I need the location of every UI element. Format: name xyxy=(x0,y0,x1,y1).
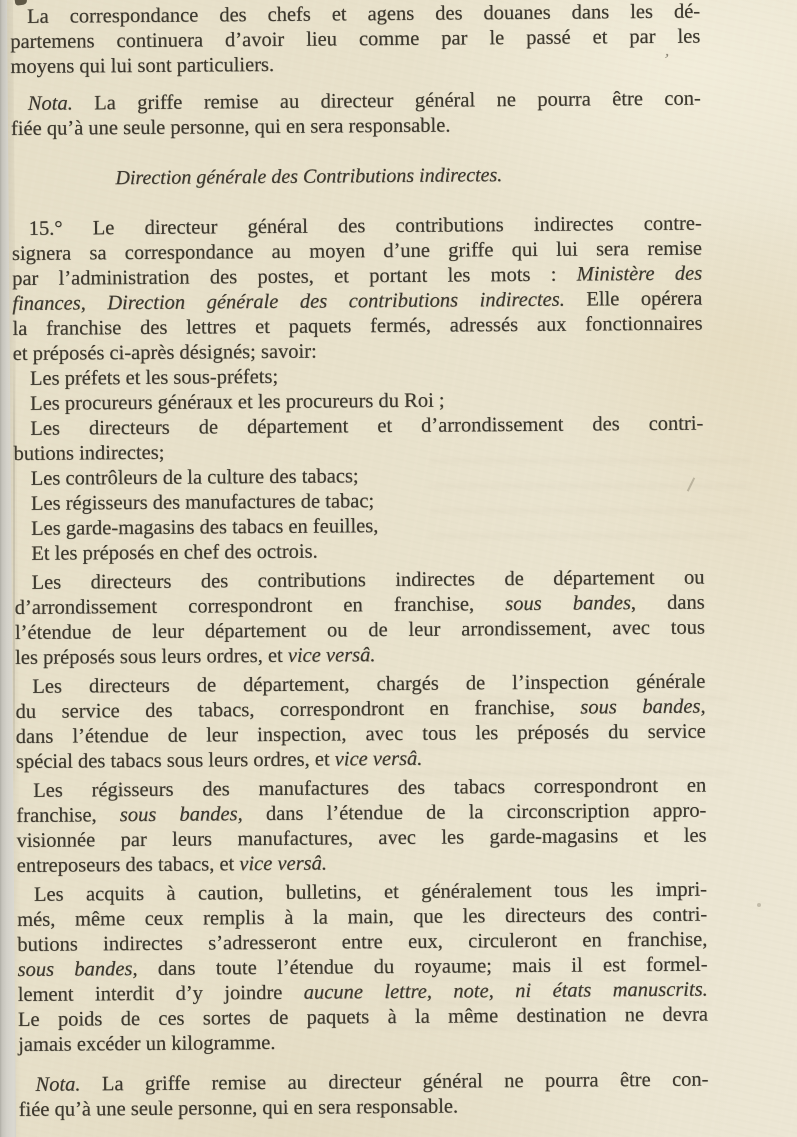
italic-text-segment: Ministère des xyxy=(577,263,703,286)
text-segment: franchise, xyxy=(16,804,120,827)
text-segment: La correspondance des chefs et agens des… xyxy=(27,1,700,28)
text-segment: Les régisseurs des manufactures de tabac… xyxy=(31,490,374,515)
text-segment: l’étendue de leur département ou de leur… xyxy=(15,617,705,644)
italic-text-segment: vice versâ. xyxy=(239,853,327,876)
nota-griffe-1: Nota. La griffe remise au directeur géné… xyxy=(11,87,701,142)
text-segment: signera sa correspondance au moyen d’une… xyxy=(12,238,702,265)
ink-speck xyxy=(757,903,761,907)
italic-text-segment: Direction générale des Contributions ind… xyxy=(115,164,502,189)
text-segment: moyens qui lui sont particuliers. xyxy=(10,54,274,78)
text-segment: dans toute l’étendue du royaume; mais il… xyxy=(137,954,707,980)
paragraph-article-15: 15.° Le directeur général des contributi… xyxy=(12,212,703,367)
text-segment: par l’administration des postes, et port… xyxy=(12,264,577,290)
italic-text-segment: finances, Direction générale des contrib… xyxy=(12,289,565,315)
section-heading: Direction générale des Contributions ind… xyxy=(11,162,701,192)
text-segment: La griffe remise au directeur général ne… xyxy=(73,88,701,115)
text-segment: partemens continuera d’avoir lieu comme … xyxy=(10,26,700,53)
list-fonctionnaires: Les préfets et les sous-préfets;Les proc… xyxy=(13,362,705,567)
italic-text-segment: sous bandes xyxy=(505,592,631,615)
text-segment: lement interdit d’y joindre xyxy=(18,982,304,1006)
text-line: moyens qui lui sont particuliers. xyxy=(10,50,700,80)
text-segment: entreposeurs des tabacs, et xyxy=(17,853,240,877)
paragraph-inspection-tabacs: Les directeurs de département, chargés d… xyxy=(15,670,706,775)
text-segment: butions indirectes s’adresseront entre e… xyxy=(17,929,707,956)
text-segment: Les régisseurs des manufactures des taba… xyxy=(33,775,706,802)
text-segment: du service des tabacs, correspondront en… xyxy=(15,697,580,723)
italic-text-segment: Nota. xyxy=(28,93,73,115)
italic-text-segment: vice versâ. xyxy=(288,644,376,667)
text-segment: Les contrôleurs de la culture des tabacs… xyxy=(31,465,359,490)
text-line: les préposés sous leurs ordres, et vice … xyxy=(15,641,705,671)
text-line: fiée qu’à une seule personne, qui en ser… xyxy=(19,1093,709,1123)
text-segment: Les directeurs des contributions indirec… xyxy=(31,567,704,594)
text-segment: 15.° Le directeur général des contributi… xyxy=(29,213,702,240)
text-line: Direction générale des Contributions ind… xyxy=(11,162,701,192)
text-segment: Les garde-magasins des tabacs en feuille… xyxy=(31,515,378,540)
text-segment: fiée qu’à une seule personne, qui en ser… xyxy=(11,115,451,140)
text-segment: Les directeurs de département, chargés d… xyxy=(32,671,705,698)
paragraph-correspondance-douanes: La correspondance des chefs et agens des… xyxy=(10,0,701,80)
italic-text-segment: sous bandes, xyxy=(580,696,705,719)
text-segment: dans l’étendue de leur inspection, avec … xyxy=(16,721,706,748)
text-segment: butions indirectes; xyxy=(13,442,164,465)
italic-text-segment: Nota. xyxy=(35,1073,80,1095)
text-line: jamais excéder un kilogramme. xyxy=(18,1028,708,1058)
italic-text-segment: sous bandes, xyxy=(120,803,243,826)
text-segment: dans l’étendue de la circonscription app… xyxy=(243,800,707,826)
page-text: La correspondance des chefs et agens des… xyxy=(10,0,709,1123)
text-segment: Les directeurs de département et d’arron… xyxy=(30,413,703,440)
text-segment: Et les préposés en chef des octrois. xyxy=(31,541,318,565)
text-segment: visionnée par leurs manufactures, avec l… xyxy=(16,825,706,852)
text-segment: les préposés sous leurs ordres, et xyxy=(15,645,288,669)
text-segment: més, même ceux remplis à la main, que le… xyxy=(17,904,707,931)
italic-text-segment: sous bandes, xyxy=(17,958,137,981)
paragraph-regisseurs-manufactures: Les régisseurs des manufactures des taba… xyxy=(16,774,707,879)
text-segment: jamais excéder un kilogramme. xyxy=(18,1032,275,1056)
text-segment: Elle opérera xyxy=(565,288,703,311)
text-segment: Les acquits à caution, bulletins, et gén… xyxy=(34,879,707,906)
italic-text-segment: vice versâ. xyxy=(335,748,423,771)
italic-text-segment: aucune lettre, note, ni états manuscrits… xyxy=(304,979,708,1004)
text-segment: Les procureurs généraux et les procureur… xyxy=(30,390,445,415)
text-line: Et les préposés en chef des octrois. xyxy=(14,537,704,567)
text-segment: Le poids de ces sortes de paquets à la m… xyxy=(18,1004,708,1031)
paragraph-acquits-caution: Les acquits à caution, bulletins, et gén… xyxy=(17,878,708,1058)
paragraph-directeurs-departement: Les directeurs des contributions indirec… xyxy=(14,566,705,671)
text-segment: spécial des tabacs sous leurs ordres, et xyxy=(16,748,335,773)
text-line: fiée qu’à une seule personne, qui en ser… xyxy=(11,112,701,142)
text-segment: Les préfets et les sous-préfets; xyxy=(30,366,278,390)
text-segment: , dans xyxy=(631,592,705,615)
text-segment: La griffe remise au directeur général ne… xyxy=(80,1069,708,1096)
text-segment: et préposés ci-après désignés; savoir: xyxy=(13,341,317,365)
text-segment: fiée qu’à une seule personne, qui en ser… xyxy=(19,1096,459,1121)
text-line: spécial des tabacs sous leurs ordres, et… xyxy=(16,745,706,775)
text-segment: la franchise des lettres et paquets ferm… xyxy=(12,313,702,340)
nota-griffe-2: Nota. La griffe remise au directeur géné… xyxy=(18,1068,708,1123)
text-line: entreposeurs des tabacs, et vice versâ. xyxy=(17,849,707,879)
text-segment: d’arrondissement correspondront en franc… xyxy=(15,593,506,619)
